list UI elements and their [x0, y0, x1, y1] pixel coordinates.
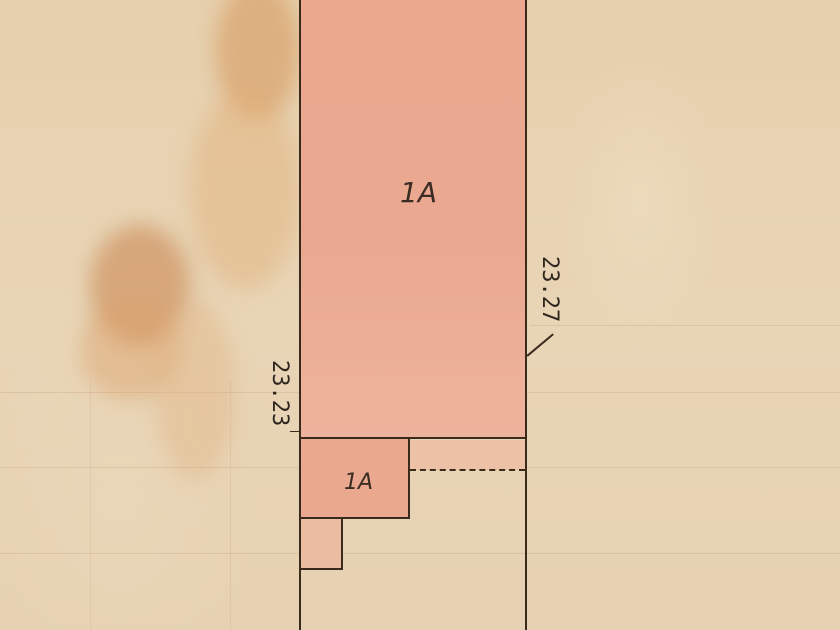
parcel-main-label: 1A [400, 176, 437, 209]
parcel-annex-label: 1A [344, 470, 373, 495]
water-stain [155, 300, 235, 480]
subbox-bottom [300, 568, 343, 570]
annex-right [408, 438, 410, 519]
strip-right-of-annex [409, 440, 526, 470]
annex-bottom [300, 517, 410, 519]
boundary-right [525, 0, 527, 630]
boundary-left [299, 0, 301, 630]
dashed-boundary [410, 469, 525, 471]
parcel-main[interactable] [300, 0, 526, 438]
subbox-right [341, 518, 343, 570]
dimension-tick [527, 333, 554, 356]
dimension-tick [290, 431, 300, 432]
water-stain [190, 90, 300, 290]
dimension-left: 23.23 [267, 360, 292, 426]
parcel-subbox [300, 518, 342, 569]
map-sheet: 1A 1A 23.27 23.23 [0, 0, 840, 630]
boundary-main-bottom [300, 437, 526, 439]
paper-rule [90, 380, 91, 630]
paper-rule [0, 553, 840, 554]
paper-rule [530, 325, 840, 326]
dimension-right: 23.27 [537, 256, 562, 322]
